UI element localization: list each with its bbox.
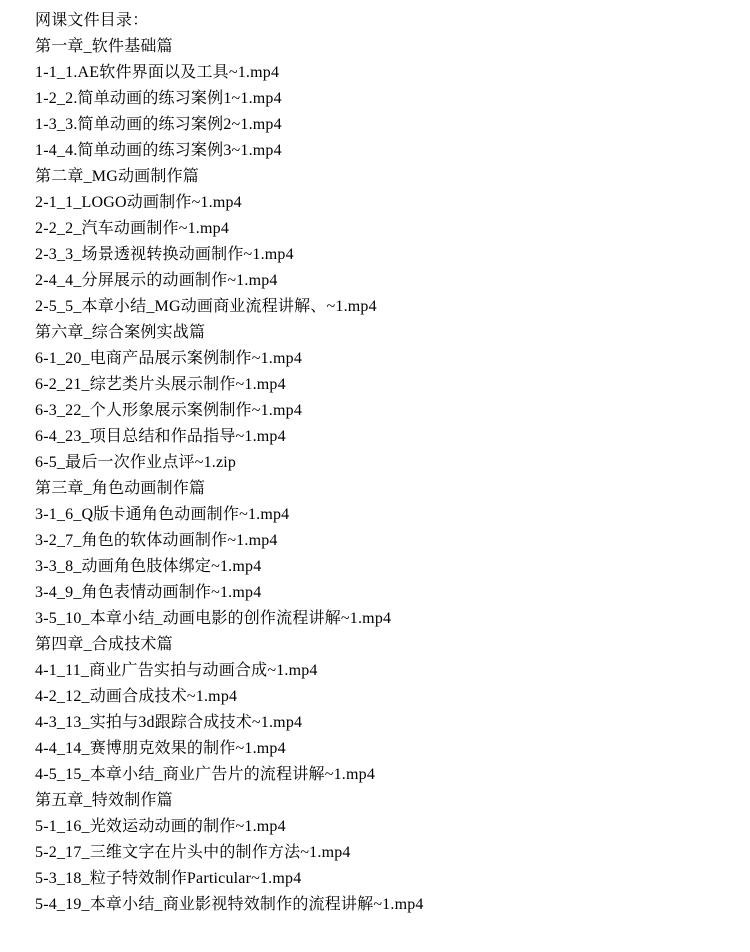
file-item: 3-3_8_动画角色肢体绑定~1.mp4 — [35, 554, 740, 580]
file-item: 5-4_19_本章小结_商业影视特效制作的流程讲解~1.mp4 — [35, 892, 740, 918]
directory-title: 网课文件目录： — [35, 8, 740, 34]
chapter-heading: 第二章_MG动画制作篇 — [35, 164, 740, 190]
file-item: 6-5_最后一次作业点评~1.zip — [35, 450, 740, 476]
file-item: 2-4_4_分屏展示的动画制作~1.mp4 — [35, 268, 740, 294]
file-item: 2-2_2_汽车动画制作~1.mp4 — [35, 216, 740, 242]
file-list: 第一章_软件基础篇1-1_1.AE软件界面以及工具~1.mp41-2_2.简单动… — [35, 34, 740, 918]
file-item: 2-3_3_场景透视转换动画制作~1.mp4 — [35, 242, 740, 268]
file-item: 6-3_22_个人形象展示案例制作~1.mp4 — [35, 398, 740, 424]
file-item: 6-4_23_项目总结和作品指导~1.mp4 — [35, 424, 740, 450]
file-item: 4-5_15_本章小结_商业广告片的流程讲解~1.mp4 — [35, 762, 740, 788]
file-item: 5-2_17_三维文字在片头中的制作方法~1.mp4 — [35, 840, 740, 866]
chapter-heading: 第四章_合成技术篇 — [35, 632, 740, 658]
file-item: 5-3_18_粒子特效制作Particular~1.mp4 — [35, 866, 740, 892]
file-item: 3-5_10_本章小结_动画电影的创作流程讲解~1.mp4 — [35, 606, 740, 632]
file-item: 1-4_4.简单动画的练习案例3~1.mp4 — [35, 138, 740, 164]
chapter-heading: 第六章_综合案例实战篇 — [35, 320, 740, 346]
file-item: 1-2_2.简单动画的练习案例1~1.mp4 — [35, 86, 740, 112]
chapter-heading: 第五章_特效制作篇 — [35, 788, 740, 814]
file-item: 1-3_3.简单动画的练习案例2~1.mp4 — [35, 112, 740, 138]
chapter-heading: 第一章_软件基础篇 — [35, 34, 740, 60]
file-item: 3-2_7_角色的软体动画制作~1.mp4 — [35, 528, 740, 554]
file-item: 2-1_1_LOGO动画制作~1.mp4 — [35, 190, 740, 216]
file-item: 3-4_9_角色表情动画制作~1.mp4 — [35, 580, 740, 606]
file-item: 4-2_12_动画合成技术~1.mp4 — [35, 684, 740, 710]
file-item: 4-3_13_实拍与3d跟踪合成技术~1.mp4 — [35, 710, 740, 736]
file-item: 6-1_20_电商产品展示案例制作~1.mp4 — [35, 346, 740, 372]
course-file-directory: 网课文件目录： 第一章_软件基础篇1-1_1.AE软件界面以及工具~1.mp41… — [0, 0, 750, 918]
file-item: 2-5_5_本章小结_MG动画商业流程讲解、~1.mp4 — [35, 294, 740, 320]
file-item: 3-1_6_Q版卡通角色动画制作~1.mp4 — [35, 502, 740, 528]
file-item: 1-1_1.AE软件界面以及工具~1.mp4 — [35, 60, 740, 86]
chapter-heading: 第三章_角色动画制作篇 — [35, 476, 740, 502]
file-item: 5-1_16_光效运动动画的制作~1.mp4 — [35, 814, 740, 840]
file-item: 6-2_21_综艺类片头展示制作~1.mp4 — [35, 372, 740, 398]
file-item: 4-1_11_商业广告实拍与动画合成~1.mp4 — [35, 658, 740, 684]
file-item: 4-4_14_赛博朋克效果的制作~1.mp4 — [35, 736, 740, 762]
